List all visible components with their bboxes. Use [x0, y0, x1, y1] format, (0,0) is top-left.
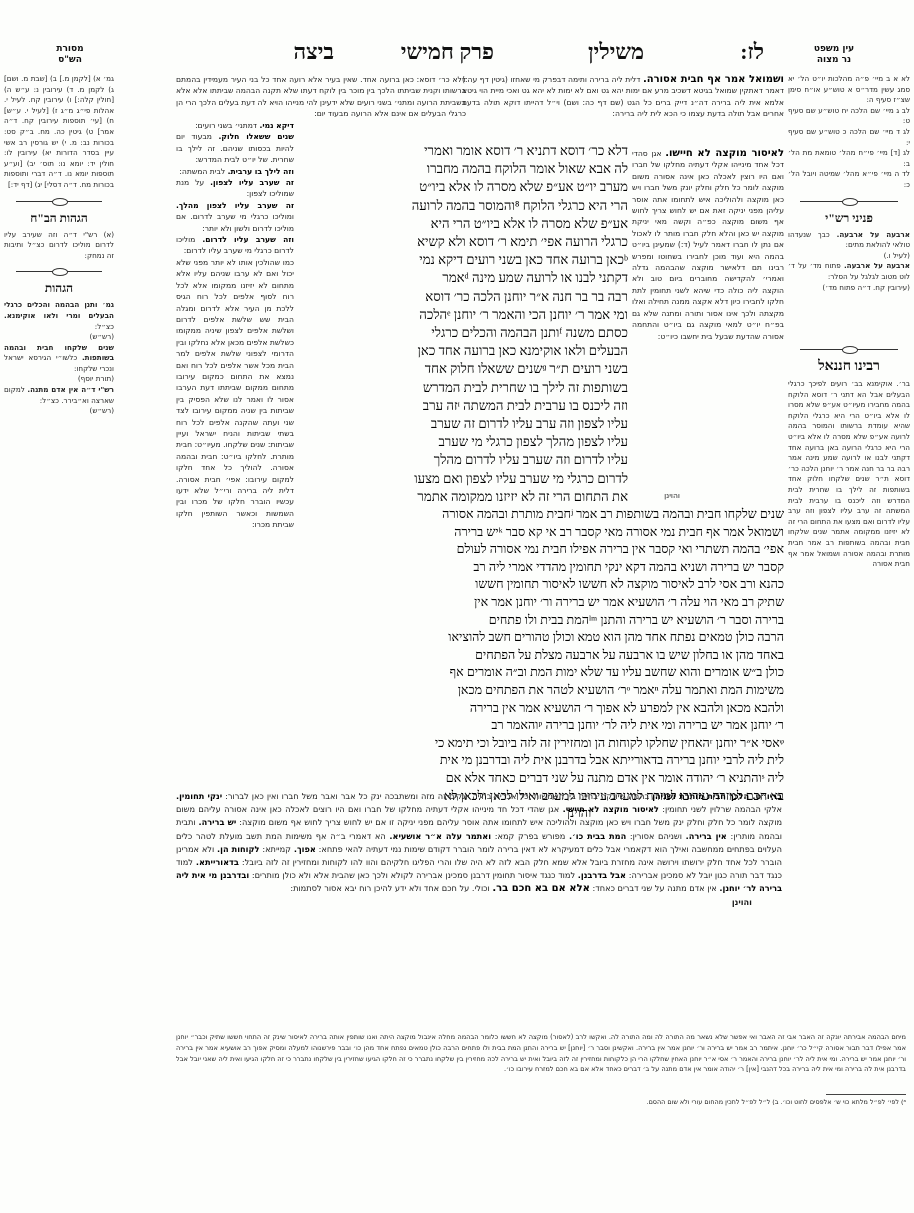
tosafot-continued: כמו שהולכין אותו לא יותר מפני שלא יכול ו… [176, 257, 294, 531]
tosafot-entry: אבל בדרבנן. למוד כנגד איסור תחומין דרבנן… [252, 870, 626, 880]
gemara-line: ולהבא מכאן ולהבא אין למפרע לא אפוך ר׳ הו… [302, 700, 784, 718]
gemara-line: אע״פ שלא מסרה לו אלא ביו״ט הרי היא [302, 215, 628, 233]
tosafot-entry: זה שערב עליו לצפון. על מנת שמוליכו לצפון… [176, 177, 294, 200]
gemara-line: הרי היא כרגלי הלוקח ⁸והמוסר בהמה לרועה [302, 197, 628, 215]
tosafot-hadran: והוינן [176, 896, 782, 909]
gemara-line: הרבה כולן טמאים נפתח אחד מהן הוא טמא וכו… [302, 629, 784, 647]
gemara-line: דקתני לבנו או לרועה שמע מינה ᵈאמר [302, 269, 628, 287]
rabbeinu-chananel-text: בר׳. אוקימנא בב׳ רועים לפיכך כרגלי הבעלי… [788, 379, 910, 939]
penei-rashi-entry: ארבעה על ארבעה. כבך שנעדהו טולאי להולאת … [788, 230, 910, 262]
gemara-line: כהנא ורב אסי לרב לאיסור מוקצה לא חששו לא… [302, 576, 784, 594]
tosafot-entry: אין ברירה. ושניהם אסורין: [630, 831, 727, 841]
ornament-divider-icon [800, 345, 898, 353]
gemara-line: באחד מהן או בחלון שיש בו ארבעה על ארבעה … [302, 647, 784, 665]
gemara-line: רבה בר בר חנה א״ר יוחנן הלכה כר׳ דוסא [302, 288, 628, 306]
hagahot: גמ׳ ותנן הבהמה והכלים כרגלי הבעלים ומרי … [4, 300, 114, 417]
gemara-line: בשותפות זה לילך בו שחרית לבית המדרש [302, 379, 628, 397]
tosafot-bottom: בריו״ט. הלכך חבית מותרת ושניהן בהמה שיונ… [176, 790, 782, 1030]
gemara-text: דלא כר׳ דוסא דתניא ר׳ דוסא אומר ואמרי לה… [302, 142, 628, 506]
gemara-line: בשני רועים ת״ר ᶢשנים ששאלו חלוק אחד [302, 360, 628, 378]
penei-rashi-title: פניני רש"י [788, 211, 910, 226]
ein-mishpat-entry: לג ד מיי׳ שם הלכה כ טוש״ע שם סעיף י: [788, 127, 910, 148]
ein-mishpat-label: עין משפט נר מצוה [804, 44, 864, 66]
penei-rashi-entry: ארבעה על ארבעה. פתוח מד׳ על ד׳ לוט מטוב … [788, 261, 910, 293]
right-margin: לא א ב מיי׳ פ״ה מהלכות יו״ט הל׳ יא סמג ע… [788, 74, 910, 939]
rashi-commentary: ושמואל אמר אף חבית אסורה. דלית ליה ברירה… [462, 74, 784, 148]
hagahot-entry: שנים שלקחו חבית ובהמה בשותפות. כלשו״י הג… [4, 343, 114, 385]
tosafot-entry: המת בבית כו׳. מפורש בפרק קמא: [495, 831, 626, 841]
gemara-line: לה אבא שאול אומר הלוקח בהמה מחברו [302, 160, 628, 178]
tosafot-entry: זה שערב עליו לצפון מהלך. ומוליכו כרגלי מ… [176, 200, 294, 234]
ornament-divider-icon [16, 197, 102, 205]
rashi-dibur-hamatchil: ושמואל אמר אף חבית אסורה. [643, 74, 784, 85]
gemara-line: הבעלים ולאו אוקימנא כאן ברועה אחד כאן [302, 342, 628, 360]
chapter-number: פרק חמישי [401, 40, 494, 64]
ein-mishpat-entry: לב ג מיי׳ שם הלכה יח טוש״ע שם סעיף ט: [788, 106, 910, 127]
tosafot-entry: שנים ששאלו חלוק. מבעוד יום להיות בכסותו … [176, 131, 294, 165]
tosafot-entry: וזה לילך בו ערבית. לבית המשתה: [176, 166, 294, 177]
ornament-divider-icon [16, 267, 102, 275]
ein-mishpat-entry: לד ה מיי׳ פי״א מהל׳ שמיטה ויובל הל׳ כ: [788, 169, 910, 190]
gemara-line: כולן ב״ש אומרים והוא שחשב עליו עד שלא ימ… [302, 664, 784, 682]
gemara-line: כסתם משנה ᶠותנן הבהמה והכלים כרגלי [302, 324, 628, 342]
page-header: עין משפט נר מצוה לז: משילין פרק חמישי בי… [0, 40, 914, 70]
gemara-line: קסבר יש ברירה ושניא בהמה דקא ינקי תחומין… [302, 559, 784, 577]
hagahot-entry: רש"י ד״ה אין אדם מתנה. למקום שארצה וא״בי… [4, 385, 114, 417]
rabbeinu-chananel-title: רבינו חננאל [788, 359, 910, 375]
hagahot-habach-text: (א) רש"י ד״ה וזה שעירב עליו לדרום מוליכו… [4, 230, 114, 262]
tosafot-entry: אפוך. קמייתא: [262, 844, 316, 854]
gemara-line: משימות המת ואתמר עלה ⁿאמר ᵒר׳ הושעיא לטה… [302, 682, 784, 700]
gemara-line: שנים שלקחו חבית ובהמה בשותפות רב אמר ʲחב… [302, 506, 784, 524]
gemara-line: ᵇכאן ברועה אחד כאן בשני רועים דיקא נמי [302, 251, 628, 269]
gemara-line: ברירה וסבר ר׳ הושעיא יש ברירה והתנן ˡᵐהמ… [302, 612, 784, 630]
gemara-line: את התחום הרי זה לא יזיזנו ממקומה אתמר [302, 488, 628, 506]
rashi-commentary-col: לאיסור מוקצה לא חיישו. אגן סהדי דכל אחד … [632, 148, 784, 492]
gemara-line: כרגלי הרועה אפי׳ תימא ר׳ דוסא ולא קשיא [302, 233, 628, 251]
tosafot-commentary-col: דיקא נמי. דמתני׳ בשני רועים: שנים ששאלו … [176, 120, 294, 762]
gemara-line: עליו לצפון וזה ערב עליו לדרום זה שערב [302, 415, 628, 433]
penei-rashi: ארבעה על ארבעה. כבך שנעדהו טולאי להולאת … [788, 230, 910, 294]
rashi-hadran: והוינן [640, 490, 680, 501]
gemara-line: ר׳ יוחנן אמר יש ברירה ומי אית ליה לר׳ יו… [302, 717, 784, 735]
chapter-name: משילין [588, 40, 644, 64]
tractate-name: ביצה [293, 40, 334, 64]
rashi-intro: ושמואל אמר אף חבית אסורה. דלית ליה ברירה… [462, 74, 784, 148]
ornament-divider-icon [800, 197, 898, 205]
gemara-line: עליו לדרום וזה שערב עליו לדרום מהלך [302, 451, 628, 469]
footnote-rule [826, 1094, 906, 1095]
tosafot-commentary: דלא כר׳ דוסא: כאן ברועה אחד. שאין בעיר א… [176, 74, 466, 120]
masoret-hashas-label: מסורת הש"ס [40, 44, 100, 66]
page-number: לז: [740, 40, 764, 64]
gemara-line: ומי אמר ר׳ יוחנן הכי והאמר ר׳ יוחנן ᵉהלכ… [302, 306, 628, 324]
gemara-line: אפי׳ בהמה תשתרי ואי קסבר אין ברירה אפילו… [302, 541, 784, 559]
rashi-dibur-hamatchil: לאיסור מוקצה לא חיישו. [665, 148, 784, 159]
gemara-line: שתיק רב מאי הוי עלה ר׳ הושעיא אמר יש ברי… [302, 594, 784, 612]
tosafot-entry: דיקא נמי. דמתני׳ בשני רועים: [176, 120, 294, 131]
gemara-line: ᵠאסי א״ר יוחנן ʳהאחין שחלקו לקוחות הן ומ… [302, 735, 784, 753]
hagahot-habach-title: הגהות הב"ח [4, 211, 114, 226]
gemara-line: ושמואל אמר אף חבית נמי אסורה מאי קסבר רב… [302, 524, 784, 542]
masoret-hashas-text: גמ׳ א) [לקמן מ.] ב) [שבת מ. ושם] ג) לקמן… [4, 74, 114, 191]
hagahot-entry: גמ׳ ותנן הבהמה והכלים כרגלי הבעלים ומרי … [4, 300, 114, 342]
gemara-line: ליה ˢוהתניא ר׳ יהודה אומר אין אדם מתנה ע… [302, 770, 784, 788]
ein-mishpat-entry: לא א ב מיי׳ פ״ה מהלכות יו״ט הל׳ יא סמג ע… [788, 74, 910, 106]
hagahot-title: הגהות [4, 281, 114, 296]
bottom-commentary: מיחם הבהמה אבירתה יונקה זה האבר אבי זה ה… [176, 1032, 906, 1088]
tosafot-closing: אלא אם בא חכם בר. וכולי. על חכם אחד ולא … [290, 883, 590, 893]
gemara-line: וזה ליכנס בו ערבית לבית המשתה ᶦזה ערב [302, 397, 628, 415]
tosafot-entry: וזה שערב עליו לדרום. מוליכו לדרום כרגלי … [176, 234, 294, 257]
gemara-line: דלא כר׳ דוסא דתניא ר׳ דוסא אומר ואמרי [302, 142, 628, 160]
ein-mishpat-entry: לג [ד] מיי׳ פי״ח מהל׳ טומאת מת הל׳ ב: [788, 148, 910, 169]
footnotes: ᵃ) לפי׳ לפ״ל מלתא כוי ש׳ אלפסים לחוט וכו… [406, 1098, 906, 1107]
gemara-line: עליו לצפון מהלך לצפון כרגלי מי שערב [302, 433, 628, 451]
gemara-text-wide: שנים שלקחו חבית ובהמה בשותפות רב אמר ʲחב… [302, 506, 784, 823]
tosafot-entry: בריו״ט. הלכך חבית מותרת ושניהן בהמה שיונ… [225, 791, 782, 801]
gemara-line: לדרום כרגלי מי שערב עליו לצפון ואם מצעו [302, 470, 628, 488]
ein-mishpat: לא א ב מיי׳ פ״ה מהלכות יו״ט הל׳ יא סמג ע… [788, 74, 910, 191]
gemara-line: מערב יו״ט אע״פ שלא מסרה לו אלא ביו״ט [302, 178, 628, 196]
gemara-line: לית ליה לרבי יוחנן ברירה בדאורייתא אבל ב… [302, 752, 784, 770]
left-margin: גמ׳ א) [לקמן מ.] ב) [שבת מ. ושם] ג) לקמן… [4, 74, 114, 417]
